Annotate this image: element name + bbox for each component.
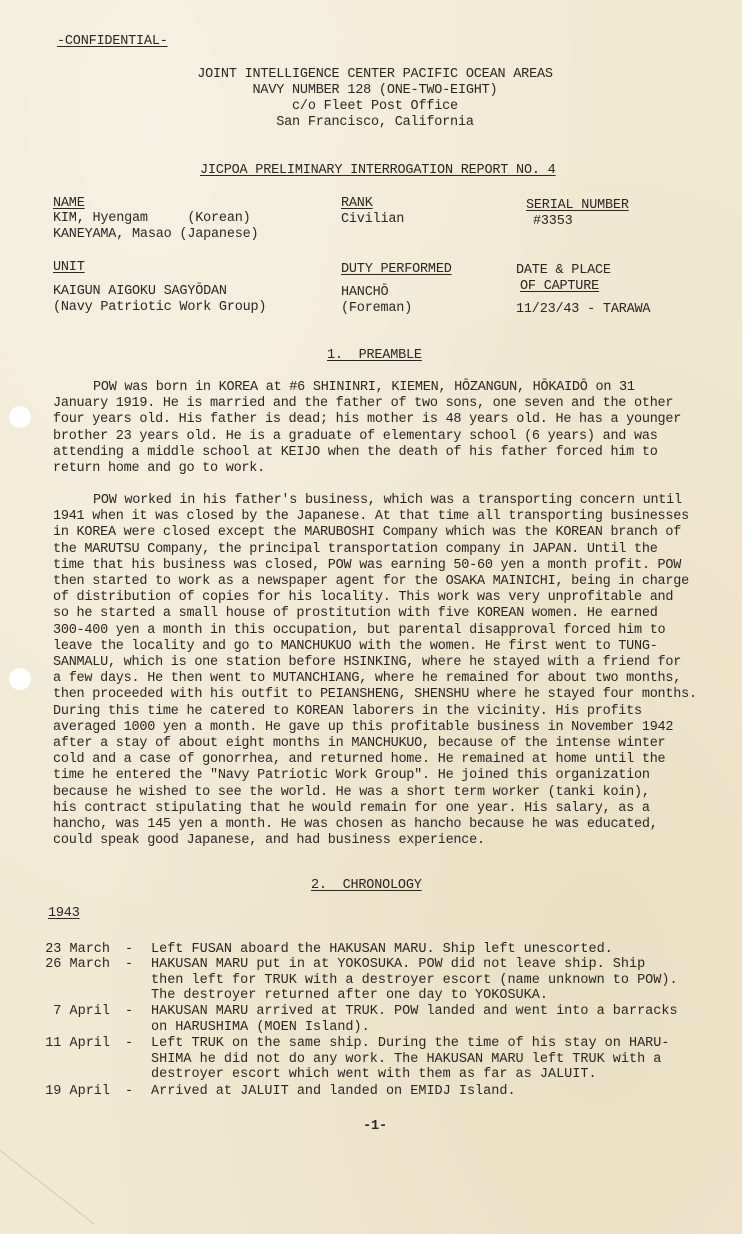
chronology-heading: 2. CHRONOLOGY [311, 878, 422, 894]
duty-performed-label: DUTY PERFORMED [341, 262, 452, 278]
punch-hole [9, 406, 31, 428]
letterhead-line-1: JOINT INTELLIGENCE CENTER PACIFIC OCEAN … [0, 67, 750, 83]
entry-dash: - [125, 957, 133, 973]
entry-date: 19 April [40, 1084, 110, 1100]
document-page: -CONFIDENTIAL- JOINT INTELLIGENCE CENTER… [0, 0, 750, 1234]
capture-value: 11/23/43 - TARAWA [516, 302, 650, 318]
entry-text: Left FUSAN aboard the HAKUSAN MARU. Ship… [151, 942, 711, 958]
letterhead-line-3: c/o Fleet Post Office [0, 99, 750, 115]
punch-hole [9, 668, 31, 690]
paper-crease [0, 1150, 95, 1225]
name-label: NAME [53, 196, 85, 212]
report-title: JICPOA PRELIMINARY INTERROGATION REPORT … [200, 163, 556, 179]
entry-dash: - [125, 942, 133, 958]
letterhead-line-2: NAVY NUMBER 128 (ONE-TWO-EIGHT) [0, 83, 750, 99]
capture-label-line-1: DATE & PLACE [516, 263, 611, 279]
rank-label: RANK [341, 196, 373, 212]
entry-dash: - [125, 1084, 133, 1100]
serial-number-label: SERIAL NUMBER [526, 198, 629, 214]
entry-dash: - [125, 1036, 133, 1052]
capture-label-line-2: OF CAPTURE [520, 279, 599, 295]
preamble-heading: 1. PREAMBLE [327, 348, 422, 364]
entry-text: HAKUSAN MARU arrived at TRUK. POW landed… [151, 1004, 711, 1035]
rank-value: Civilian [341, 212, 404, 228]
chronology-year: 1943 [48, 906, 80, 922]
duty-performed-translation: (Foreman) [341, 301, 412, 317]
page-number: -1- [0, 1119, 750, 1135]
page-edge [742, 0, 750, 1234]
entry-date: 23 March [40, 942, 110, 958]
name-value-korean: KIM, Hyengam (Korean) [53, 211, 251, 227]
preamble-paragraph-2: POW worked in his father's business, whi… [53, 493, 713, 849]
entry-date: 26 March [40, 957, 110, 973]
entry-date: 7 April [40, 1004, 110, 1020]
unit-value-english: (Navy Patriotic Work Group) [53, 300, 266, 316]
serial-number-value: #3353 [533, 214, 573, 230]
entry-text: Left TRUK on the same ship. During the t… [151, 1036, 711, 1083]
name-value-japanese: KANEYAMA, Masao (Japanese) [53, 227, 258, 243]
entry-text: HAKUSAN MARU put in at YOKOSUKA. POW did… [151, 957, 711, 1004]
entry-text: Arrived at JALUIT and landed on EMIDJ Is… [151, 1084, 711, 1100]
classification-marking: -CONFIDENTIAL- [57, 34, 168, 50]
preamble-paragraph-1: POW was born in KOREA at #6 SHININRI, KI… [53, 380, 713, 477]
duty-performed-value: HANCHŌ [341, 285, 388, 301]
unit-label: UNIT [53, 260, 85, 276]
letterhead-line-4: San Francisco, California [0, 115, 750, 131]
entry-dash: - [125, 1004, 133, 1020]
entry-date: 11 April [40, 1036, 110, 1052]
unit-value-japanese: KAIGUN AIGOKU SAGYŌDAN [53, 284, 227, 300]
